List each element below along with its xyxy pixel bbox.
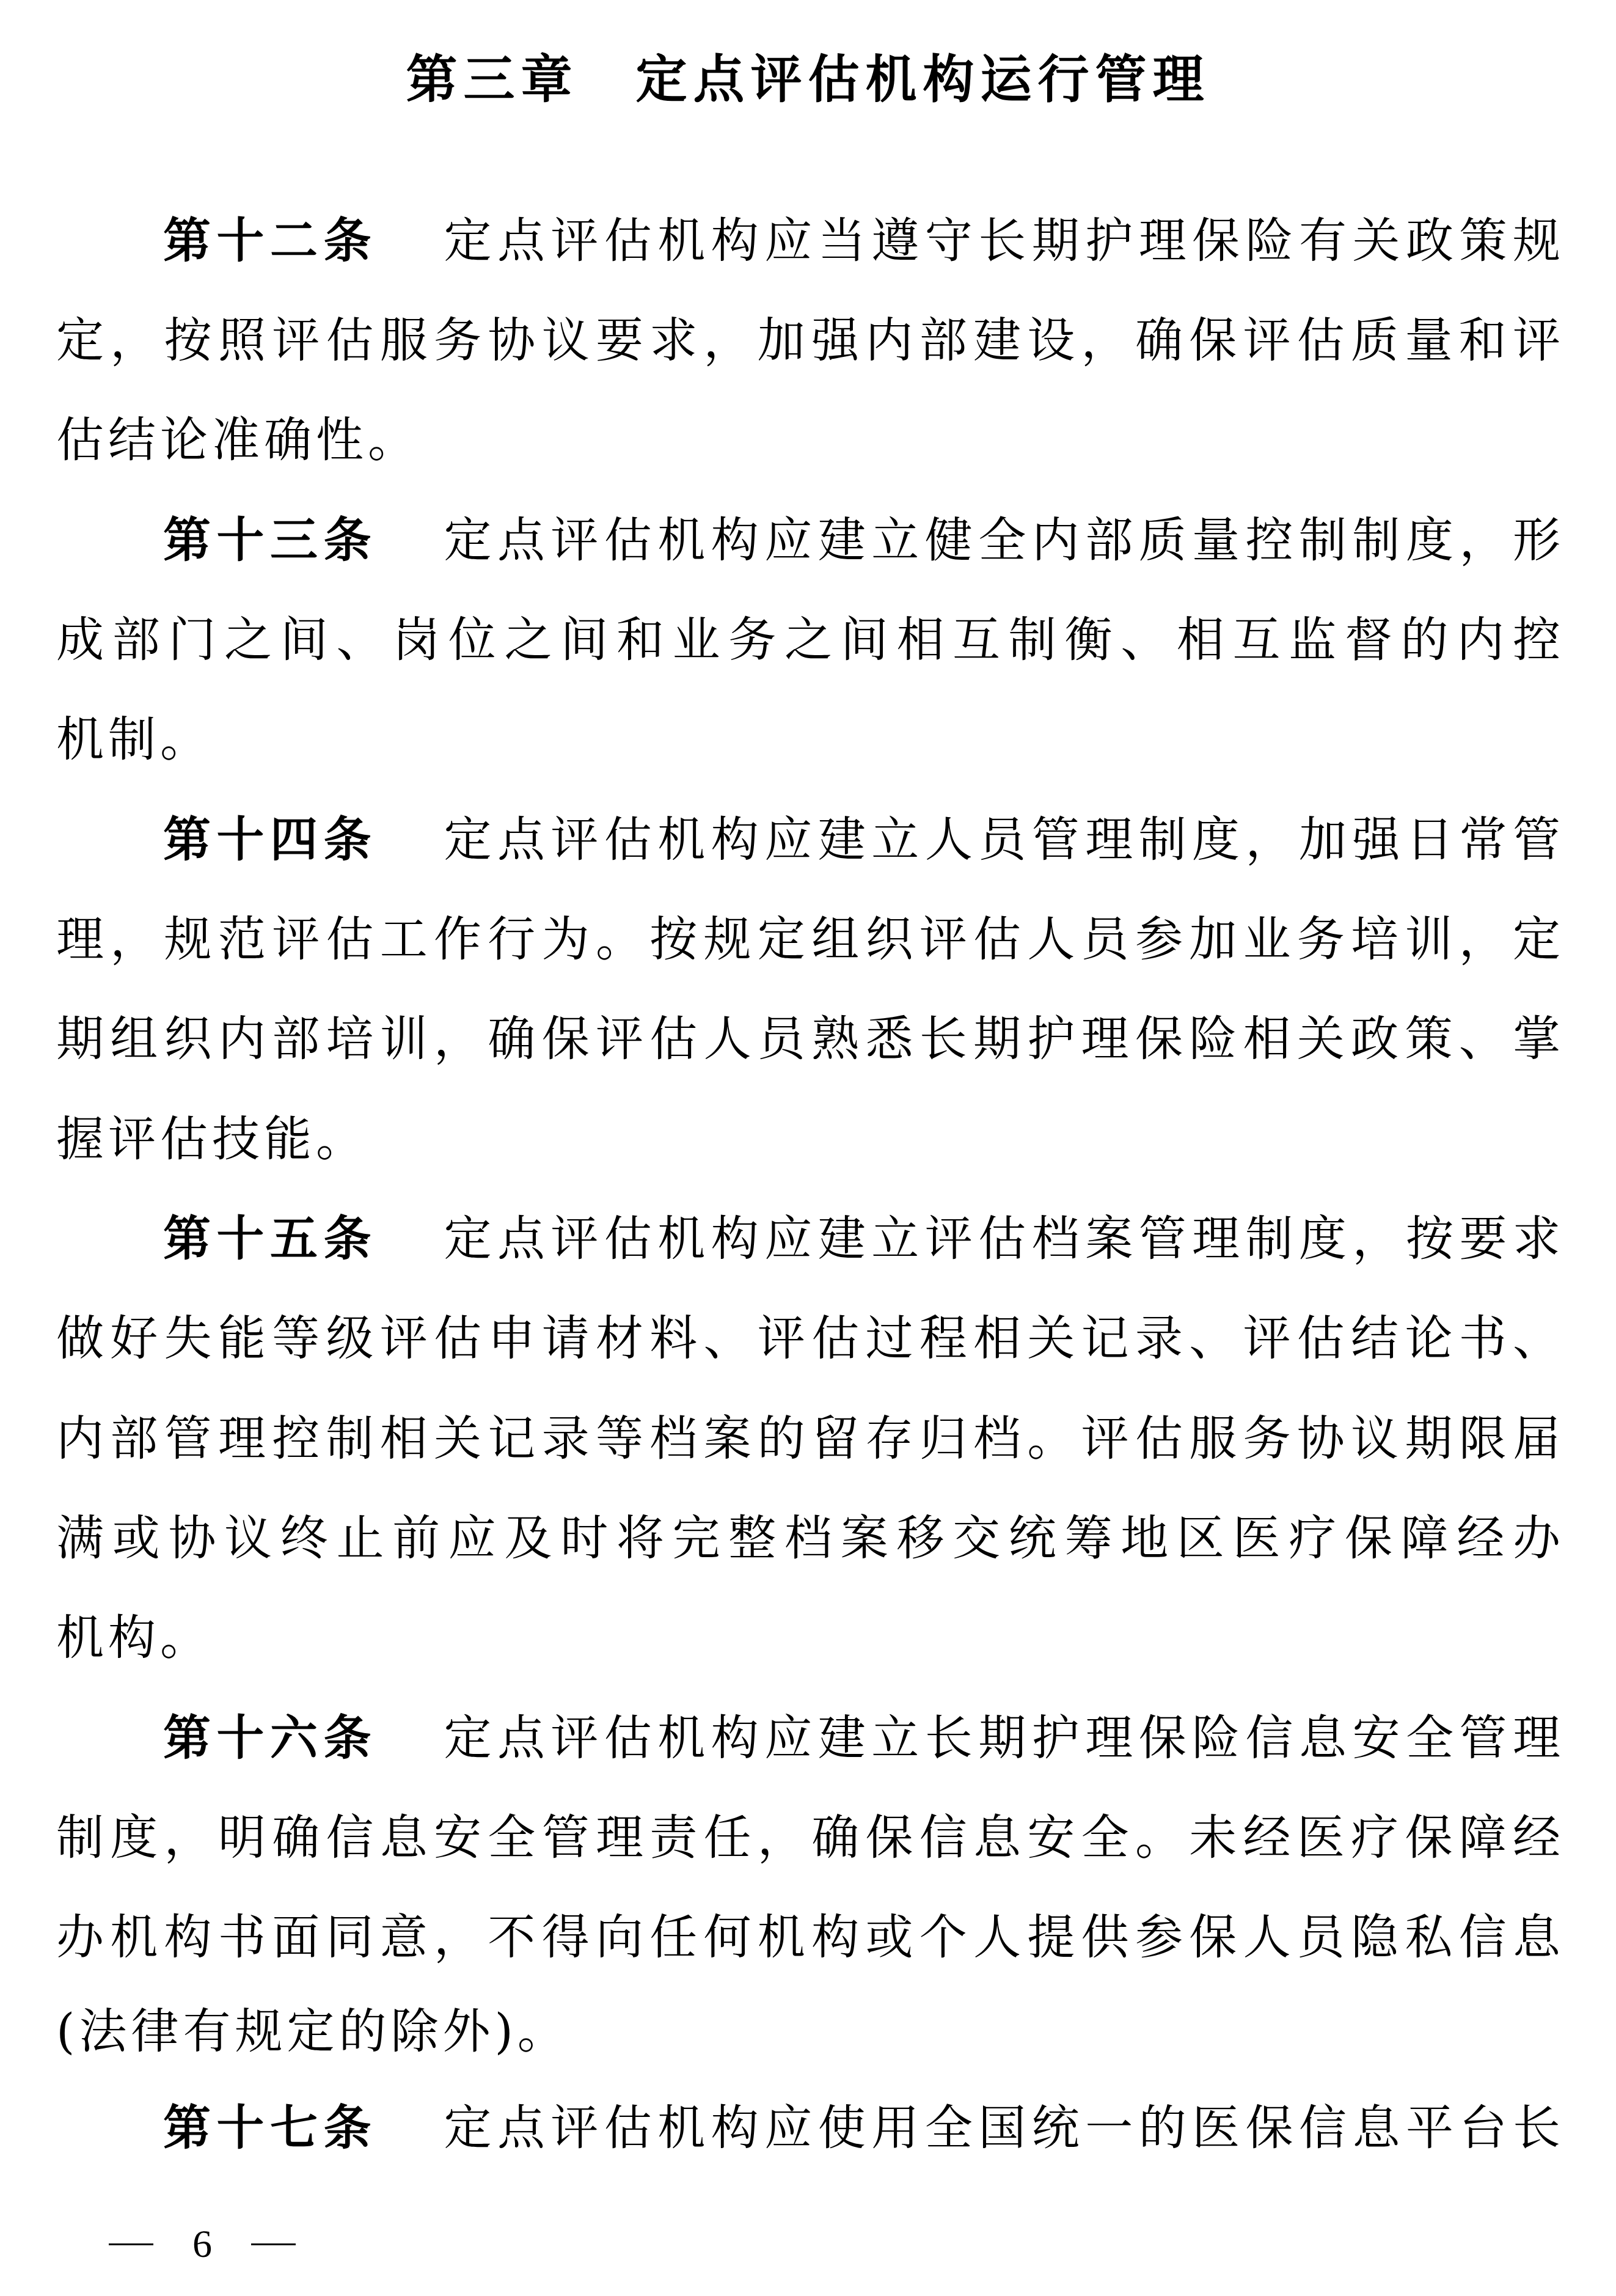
article-label: 第十五条 <box>163 1212 377 1267</box>
article-12-line-2: 定，按照评估服务协议要求，加强内部建设，确保评估质量和评 <box>56 314 1560 369</box>
article-15-line-2: 做好失能等级评估申请材料、评估过程相关记录、评估结论书、 <box>56 1311 1560 1366</box>
article-label: 第十三条 <box>163 513 377 568</box>
article-label: 第十七条 <box>163 2101 377 2156</box>
article-16-line-4: (法律有规定的除外)。 <box>56 2004 1560 2059</box>
article-12-line-3: 估结论准确性。 <box>56 413 1560 468</box>
article-14-line-3: 期组织内部培训，确保评估人员熟悉长期护理保险相关政策、掌 <box>56 1012 1560 1067</box>
article-15-line-3: 内部管理控制相关记录等档案的留存归档。评估服务协议期限届 <box>56 1412 1560 1467</box>
article-15-line-4: 满或协议终止前应及时将完整档案移交统筹地区医疗保障经办 <box>56 1511 1560 1566</box>
article-label: 第十六条 <box>163 1711 377 1766</box>
article-13-line-3: 机制。 <box>56 713 1560 768</box>
article-text: 定点评估机构应建立长期护理保险信息安全管理 <box>438 1711 1560 1766</box>
article-16-line-3: 办机构书面同意，不得向任何机构或个人提供参保人员隐私信息 <box>56 1910 1560 1965</box>
article-13-line-1: 第十三条定点评估机构应建立健全内部质量控制制度，形 <box>56 513 1560 568</box>
article-17-line-1: 第十七条定点评估机构应使用全国统一的医保信息平台长 <box>56 2101 1560 2156</box>
article-text: 定点评估机构应使用全国统一的医保信息平台长 <box>438 2101 1560 2156</box>
article-text: 定点评估机构应建立健全内部质量控制制度，形 <box>438 513 1560 568</box>
article-16-line-2: 制度，明确信息安全管理责任，确保信息安全。未经医疗保障经 <box>56 1811 1560 1866</box>
article-15-line-1: 第十五条定点评估机构应建立评估档案管理制度，按要求 <box>56 1212 1560 1267</box>
page-number-dash-left <box>109 2243 153 2245</box>
page-number-dash-right <box>251 2243 296 2245</box>
page-number: 6 <box>109 2224 296 2264</box>
article-text: 定点评估机构应建立人员管理制度，加强日常管 <box>438 813 1560 868</box>
chapter-title: 第三章 定点评估机构运行管理 <box>0 49 1616 110</box>
article-15-line-5: 机构。 <box>56 1611 1560 1666</box>
article-14-line-1: 第十四条定点评估机构应建立人员管理制度，加强日常管 <box>56 813 1560 868</box>
article-text: 定点评估机构应建立评估档案管理制度，按要求 <box>438 1212 1560 1267</box>
article-14-line-4: 握评估技能。 <box>56 1112 1560 1167</box>
article-13-line-2: 成部门之间、岗位之间和业务之间相互制衡、相互监督的内控 <box>56 613 1560 668</box>
page-number-value: 6 <box>153 2224 251 2264</box>
article-text: 定点评估机构应当遵守长期护理保险有关政策规 <box>438 214 1560 269</box>
article-label: 第十二条 <box>163 214 377 269</box>
article-14-line-2: 理，规范评估工作行为。按规定组织评估人员参加业务培训，定 <box>56 912 1560 967</box>
article-label: 第十四条 <box>163 813 377 868</box>
article-16-line-1: 第十六条定点评估机构应建立长期护理保险信息安全管理 <box>56 1711 1560 1766</box>
document-page: 第三章 定点评估机构运行管理 第十二条定点评估机构应当遵守长期护理保险有关政策规… <box>0 0 1616 2296</box>
article-12-line-1: 第十二条定点评估机构应当遵守长期护理保险有关政策规 <box>56 214 1560 269</box>
